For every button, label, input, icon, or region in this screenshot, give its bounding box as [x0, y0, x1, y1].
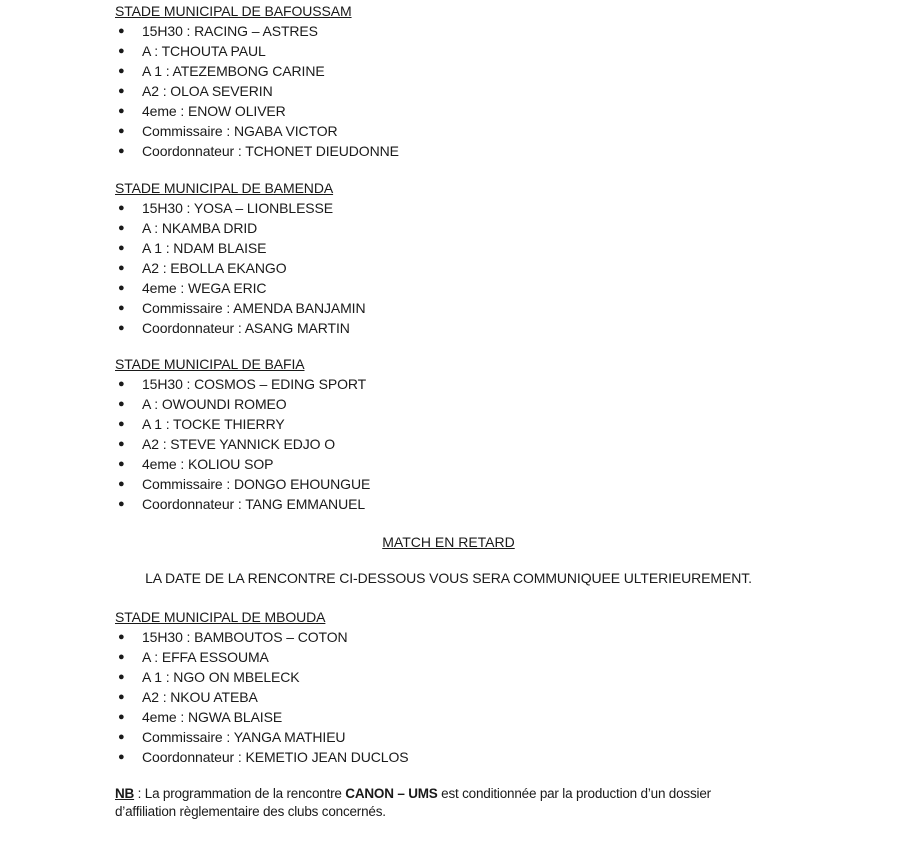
list-item: ●Coordonnateur : ASANG MARTIN — [115, 318, 365, 338]
list-item: ●A2 : STEVE YANNICK EDJO O — [115, 434, 370, 454]
venue-section-bafia: STADE MUNICIPAL DE BAFIA ●15H30 : COSMOS… — [115, 354, 370, 514]
venue-heading: STADE MUNICIPAL DE BAMENDA — [115, 178, 365, 198]
list-item: ●A 1 : ATEZEMBONG CARINE — [115, 61, 399, 81]
list-item: ●4eme : NGWA BLAISE — [115, 707, 409, 727]
assignment-list: ●15H30 : YOSA – LIONBLESSE ●A : NKAMBA D… — [115, 198, 365, 338]
venue-section-bafoussam: STADE MUNICIPAL DE BAFOUSSAM ●15H30 : RA… — [115, 1, 399, 161]
list-item: ●A 1 : NGO ON MBELECK — [115, 667, 409, 687]
list-item: ●15H30 : BAMBOUTOS – COTON — [115, 627, 409, 647]
list-item: ●Commissaire : AMENDA BANJAMIN — [115, 298, 365, 318]
bullet-icon: ● — [118, 41, 125, 61]
venue-section-mbouda: STADE MUNICIPAL DE MBOUDA ●15H30 : BAMBO… — [115, 607, 409, 767]
bullet-icon: ● — [118, 474, 125, 494]
venue-heading: STADE MUNICIPAL DE BAFIA — [115, 354, 370, 374]
late-match-heading: MATCH EN RETARD — [0, 532, 897, 552]
list-item: ●15H30 : YOSA – LIONBLESSE — [115, 198, 365, 218]
venue-heading: STADE MUNICIPAL DE BAFOUSSAM — [115, 1, 399, 21]
assignment-list: ●15H30 : RACING – ASTRES ●A : TCHOUTA PA… — [115, 21, 399, 161]
bullet-icon: ● — [118, 454, 125, 474]
list-item: ●A : TCHOUTA PAUL — [115, 41, 399, 61]
bullet-icon: ● — [118, 121, 125, 141]
list-item: ●A 1 : TOCKE THIERRY — [115, 414, 370, 434]
bullet-icon: ● — [118, 218, 125, 238]
bullet-icon: ● — [118, 667, 125, 687]
bullet-icon: ● — [118, 318, 125, 338]
list-item: ●4eme : ENOW OLIVER — [115, 101, 399, 121]
bullet-icon: ● — [118, 101, 125, 121]
bullet-icon: ● — [118, 687, 125, 707]
bullet-icon: ● — [118, 747, 125, 767]
bullet-icon: ● — [118, 494, 125, 514]
bullet-icon: ● — [118, 278, 125, 298]
bullet-icon: ● — [118, 707, 125, 727]
list-item: ●4eme : WEGA ERIC — [115, 278, 365, 298]
assignment-list: ●15H30 : BAMBOUTOS – COTON ●A : EFFA ESS… — [115, 627, 409, 767]
bullet-icon: ● — [118, 414, 125, 434]
nb-label: NB — [115, 786, 134, 801]
bullet-icon: ● — [118, 258, 125, 278]
list-item: ●15H30 : RACING – ASTRES — [115, 21, 399, 41]
list-item: ●A2 : OLOA SEVERIN — [115, 81, 399, 101]
venue-section-bamenda: STADE MUNICIPAL DE BAMENDA ●15H30 : YOSA… — [115, 178, 365, 338]
nb-note: NB : La programmation de la rencontre CA… — [115, 785, 755, 821]
list-item: ●A2 : EBOLLA EKANGO — [115, 258, 365, 278]
bullet-icon: ● — [118, 238, 125, 258]
list-item: ●A 1 : NDAM BLAISE — [115, 238, 365, 258]
list-item: ●Commissaire : NGABA VICTOR — [115, 121, 399, 141]
bullet-icon: ● — [118, 141, 125, 161]
document-page: STADE MUNICIPAL DE BAFOUSSAM ●15H30 : RA… — [0, 0, 903, 848]
bullet-icon: ● — [118, 647, 125, 667]
list-item: ●15H30 : COSMOS – EDING SPORT — [115, 374, 370, 394]
nb-match: CANON – UMS — [345, 786, 437, 801]
bullet-icon: ● — [118, 374, 125, 394]
bullet-icon: ● — [118, 394, 125, 414]
list-item: ●A : NKAMBA DRID — [115, 218, 365, 238]
bullet-icon: ● — [118, 61, 125, 81]
assignment-list: ●15H30 : COSMOS – EDING SPORT ●A : OWOUN… — [115, 374, 370, 514]
bullet-icon: ● — [118, 434, 125, 454]
nb-text-1: : La programmation de la rencontre — [134, 786, 345, 801]
list-item: ●Coordonnateur : TCHONET DIEUDONNE — [115, 141, 399, 161]
bullet-icon: ● — [118, 727, 125, 747]
venue-heading: STADE MUNICIPAL DE MBOUDA — [115, 607, 409, 627]
bullet-icon: ● — [118, 81, 125, 101]
bullet-icon: ● — [118, 21, 125, 41]
list-item: ●A2 : NKOU ATEBA — [115, 687, 409, 707]
late-match-notice: LA DATE DE LA RENCONTRE CI-DESSOUS VOUS … — [0, 568, 897, 588]
list-item: ●A : EFFA ESSOUMA — [115, 647, 409, 667]
list-item: ●Commissaire : DONGO EHOUNGUE — [115, 474, 370, 494]
list-item: ●Coordonnateur : KEMETIO JEAN DUCLOS — [115, 747, 409, 767]
list-item: ●A : OWOUNDI ROMEO — [115, 394, 370, 414]
bullet-icon: ● — [118, 198, 125, 218]
bullet-icon: ● — [118, 627, 125, 647]
list-item: ●4eme : KOLIOU SOP — [115, 454, 370, 474]
list-item: ●Coordonnateur : TANG EMMANUEL — [115, 494, 370, 514]
bullet-icon: ● — [118, 298, 125, 318]
list-item: ●Commissaire : YANGA MATHIEU — [115, 727, 409, 747]
